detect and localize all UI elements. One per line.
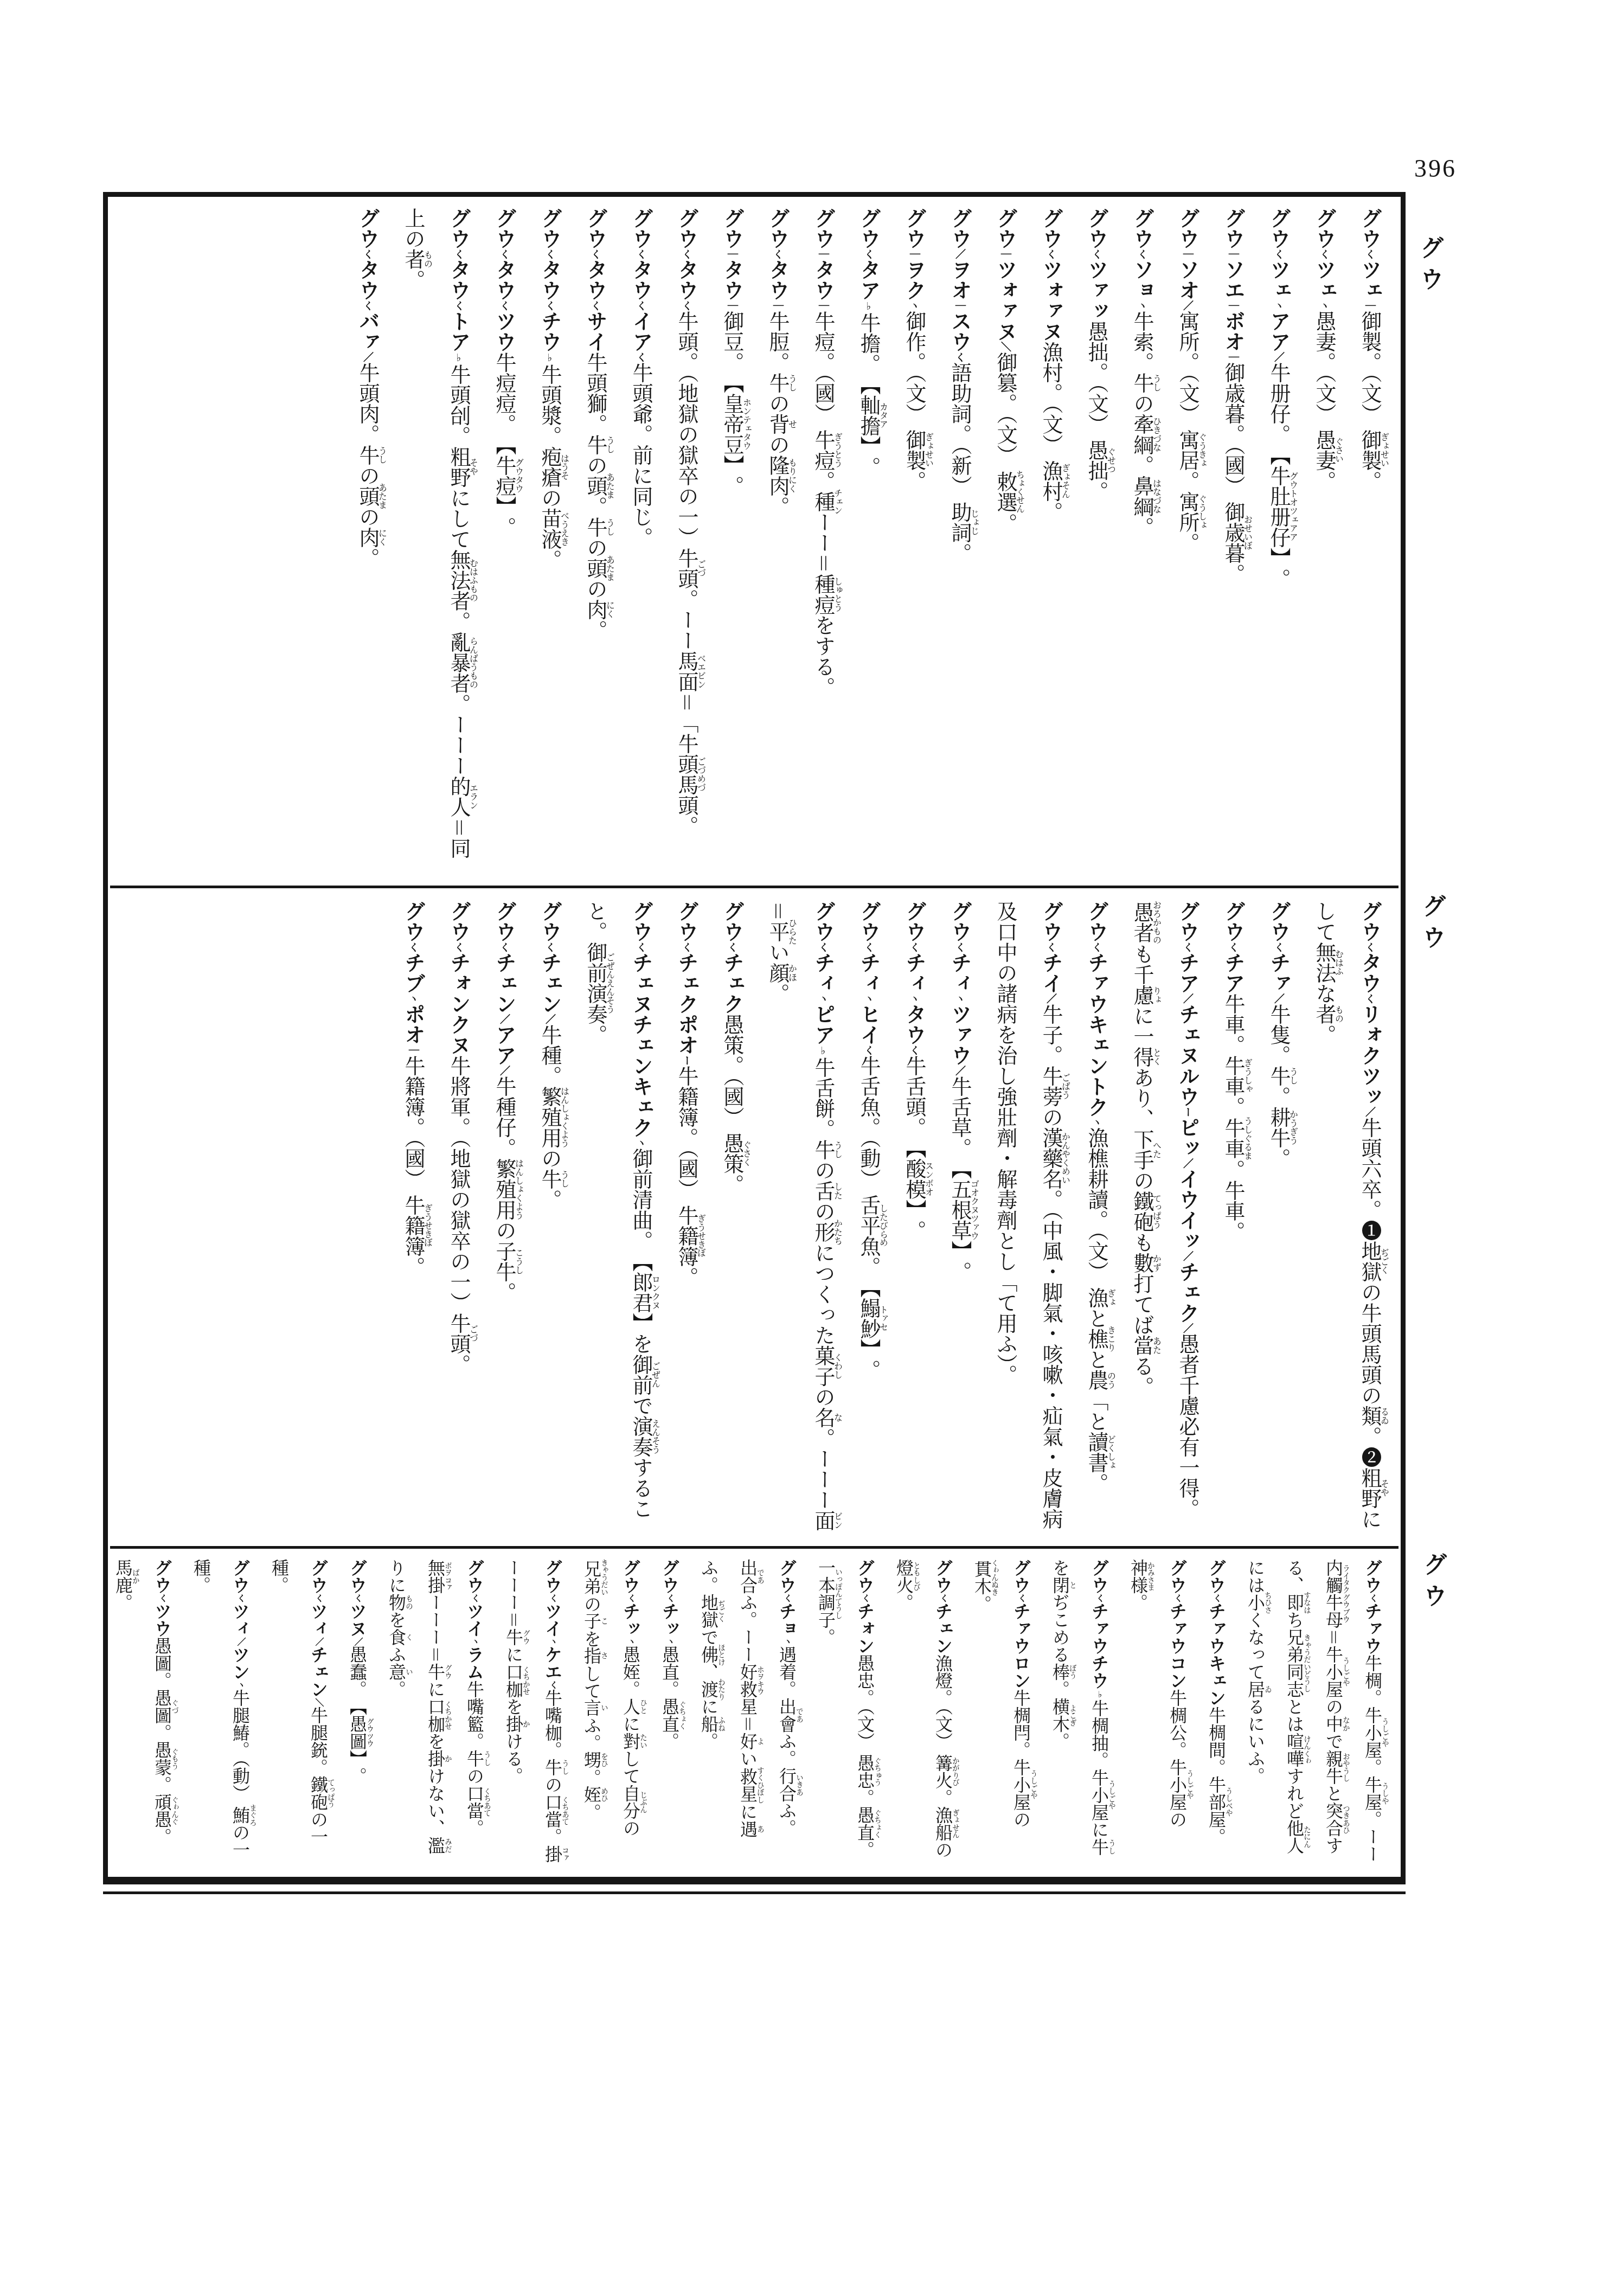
reading-kana: グウ xyxy=(1011,1559,1031,1594)
body-text: 。 xyxy=(857,1256,880,1277)
body-furigana: ぎうとう xyxy=(833,429,842,471)
body-text: 牛擔。 xyxy=(857,312,880,374)
body-text: 。 xyxy=(857,457,880,477)
entry-reading: グウくチィヽヒイく xyxy=(857,901,880,1055)
body-ruby: 神様かみさま xyxy=(1128,1559,1148,1594)
body-text: 。 xyxy=(855,1789,875,1806)
tone-mark: く xyxy=(1364,993,1375,1004)
body-furigana: べうえき xyxy=(560,508,569,549)
body-text: 。 xyxy=(492,1282,515,1303)
dict-entry: グウくチァウチウ♭牛椆抽。牛小屋うしごやに牛うしを閉とぢこめる棒ぼう。横木よこぎ… xyxy=(1041,1559,1119,1864)
reading-kana: チェン xyxy=(492,952,515,1014)
reading-kana: ピア xyxy=(811,1004,834,1045)
tone-mark: ／ xyxy=(544,1014,555,1024)
body-furigana: ひと xyxy=(639,1698,647,1715)
tone-mark: く xyxy=(548,1594,557,1602)
entry-reading: グウくチィヽピア♭ xyxy=(811,901,834,1057)
dict-entry: グウくチォンクヌ牛將軍。（地獄の獄卒の一）牛頭ごづ。 xyxy=(435,901,481,1533)
body-furigana: くゎんぬき xyxy=(991,1559,999,1595)
tone-mark: く xyxy=(548,1681,557,1689)
body-furigana: グウトオツェアア xyxy=(1288,445,1298,568)
body-furigana: ゐ xyxy=(1264,1681,1272,1698)
tone-mark: く xyxy=(908,942,920,952)
body-furigana: たい xyxy=(639,1733,647,1750)
body-text: 。 xyxy=(114,1594,133,1611)
body-text: ーーー＝ xyxy=(426,1594,445,1663)
entry-reading: グウくツェヽ xyxy=(1312,208,1335,311)
body-ruby: 兄弟同志きゃうだいどうし xyxy=(1285,1628,1304,1698)
dict-entry: グウ｜ソエ｜ボオ｜御歳暮。（國） 御歳暮おせいぼ。 xyxy=(1210,208,1255,873)
body-text: 。 xyxy=(538,1189,561,1210)
body-furigana: おやうし xyxy=(1342,1750,1350,1785)
page-number: 396 xyxy=(1389,154,1481,183)
reading-kana: ツイ xyxy=(465,1602,484,1637)
reading-kana: グウ xyxy=(1176,901,1198,942)
body-ruby: 寓居ぐうきょ xyxy=(1176,429,1198,471)
entry-body: 愚蠢。【愚圖】グウツウ。 xyxy=(348,1646,367,1785)
body-ruby: 牛小屋うしごや xyxy=(1167,1759,1187,1811)
tone-mark: ヽ xyxy=(665,1637,675,1646)
reading-kana: グウ xyxy=(855,1559,875,1594)
reading-kana: グウ xyxy=(465,1559,484,1594)
tone-mark: く xyxy=(954,352,965,362)
body-text: に xyxy=(738,1803,758,1820)
entry-reading: グウくタウくチウ♭ xyxy=(538,208,561,364)
body-text: 。 xyxy=(902,1220,925,1241)
dict-entry: グウくチァウコン牛椆公。牛小屋うしごやの神様かみさま。 xyxy=(1119,1559,1197,1864)
body-text: 。❷ xyxy=(1358,1426,1381,1467)
entry-reading: グウくタウく xyxy=(675,208,697,311)
tone-mark: ヽ xyxy=(1273,300,1284,311)
entry-reading: グウくタウくバァ／ xyxy=(356,208,379,362)
tone-mark: ／ xyxy=(1273,352,1284,362)
body-text: 。 xyxy=(447,1354,470,1375)
dict-entry: グウくツィ／ツンヽ牛腿鰆。（動） 鮪まぐろの一種。 xyxy=(182,1559,260,1864)
body-furigana: をひ xyxy=(600,1751,608,1768)
body-text: と xyxy=(1324,1785,1343,1802)
body-text: で xyxy=(629,1395,652,1416)
tone-mark: ／ xyxy=(236,1637,245,1646)
reading-kana: グウ xyxy=(811,901,834,942)
tone-mark: く xyxy=(470,1594,479,1602)
tone-mark: く xyxy=(589,249,601,259)
body-ruby: 【鰨魦】トァセ xyxy=(857,1277,880,1359)
body-ruby: 佛ほとけ xyxy=(699,1646,719,1663)
body-ruby: 愚拙ぐせつ xyxy=(1085,440,1107,481)
dict-entry: グウくツウ愚圖。愚圖ぐづ。愚蒙ぐもう。頑愚ぐゎんぐ。馬鹿ばか。 xyxy=(114,1559,182,1864)
body-text: 愚策。（國） xyxy=(720,1014,743,1133)
body-text: の xyxy=(465,1767,484,1785)
body-text: 牛册仔。 xyxy=(1267,362,1290,445)
body-text: 愚妻。（文） xyxy=(1312,311,1335,429)
body-furigana: むはふもの xyxy=(469,549,478,611)
reading-kana: グウ xyxy=(538,208,561,249)
body-text: を xyxy=(629,1333,652,1354)
entry-body: 牛舌魚。（動） 舌平魚したびらめ。【鰨魦】トァセ。 xyxy=(857,1055,880,1380)
body-ruby: 頭あたま xyxy=(583,558,606,579)
reading-kana: ツウ xyxy=(492,311,515,352)
body-furigana: うしごや xyxy=(1108,1769,1116,1821)
reading-kana: チォン xyxy=(855,1602,875,1654)
dict-entry: グウくチォン愚忠。（文） 愚忠ぐちゅう。愚直ぐちょく。一本調子いっぽんてうし。 xyxy=(806,1559,884,1864)
reading-kana: グウ xyxy=(401,901,424,942)
body-text: 牛椆公。 xyxy=(1167,1689,1187,1759)
body-ruby: 牛うし xyxy=(1089,1838,1109,1856)
reading-kana: イア xyxy=(629,311,652,352)
body-ruby: 出合であ xyxy=(738,1559,758,1594)
body-furigana: らんばうもの xyxy=(469,632,478,694)
body-text: 牛籍簿。（國） xyxy=(401,1055,424,1195)
reading-kana: タウ xyxy=(1358,952,1381,993)
body-furigana: うしごや xyxy=(1186,1759,1194,1811)
reading-kana: グウ xyxy=(902,208,925,249)
tone-mark: く xyxy=(939,1594,948,1602)
tone-mark: く xyxy=(863,942,874,952)
tone-mark: ｜ xyxy=(772,300,783,311)
body-furigana: いきあ xyxy=(796,1767,804,1802)
body-ruby: 牛蒡ごばう xyxy=(1039,1066,1062,1107)
entry-reading: グウくチョヽ xyxy=(777,1559,797,1646)
entry-reading: グウくソョヽ xyxy=(1130,208,1153,311)
body-furigana: うし xyxy=(377,445,387,465)
body-ruby: 粗野そや xyxy=(1358,1467,1381,1509)
tone-mark: ヽ xyxy=(626,1637,636,1646)
dict-entry: グウくタウくトア♭牛頭刣。粗野そやにして無法者むはふもの。亂暴者らんばうもの。ー… xyxy=(390,208,481,873)
body-furigana: おろかもの xyxy=(1152,901,1161,944)
body-furigana: ぐづ xyxy=(171,1689,179,1724)
reading-kana: チァウ xyxy=(1363,1602,1382,1654)
body-furigana: うし xyxy=(483,1750,491,1767)
reading-kana: ツヌ xyxy=(348,1602,367,1637)
entry-reading: グウくチア／チェヌルウーピッ／イウイッ／チェク／ xyxy=(1176,901,1198,1333)
tone-mark: く xyxy=(1173,1594,1182,1602)
reading-kana: ヲク xyxy=(902,259,925,300)
tone-mark: ー xyxy=(681,1055,692,1066)
body-ruby: 兄弟きゃうだい xyxy=(582,1559,601,1595)
body-text: 。 xyxy=(1050,1681,1070,1698)
body-ruby: 自分じぶん xyxy=(621,1785,640,1819)
body-furigana: ぢごく xyxy=(1380,1241,1389,1282)
body-furigana: ぐうしょ xyxy=(1197,491,1207,533)
body-ruby: 小ちひさ xyxy=(1246,1594,1265,1611)
body-text: ふ。 xyxy=(699,1559,719,1594)
body-text: るにいふ。 xyxy=(1246,1698,1265,1785)
tone-mark: ／ xyxy=(362,352,373,362)
reading-kana: チッ xyxy=(660,1602,679,1637)
dict-entry: グウくチッヽ愚直。愚直ぐちょく。 xyxy=(650,1559,689,1864)
tone-mark: ／ xyxy=(498,1014,510,1024)
entry-reading: グウくツイヽラム xyxy=(465,1559,484,1681)
body-ruby: 口枷くちかせ xyxy=(504,1663,523,1698)
body-text: に xyxy=(426,1681,445,1698)
body-furigana: うしや xyxy=(1381,1776,1389,1811)
body-furigana: ぎうせきぼ xyxy=(696,1205,705,1267)
tone-mark: ／ xyxy=(314,1637,323,1646)
body-furigana: ぐうきょ xyxy=(1197,429,1207,471)
body-text: 。 xyxy=(1130,517,1153,537)
tone-mark: ｜ xyxy=(1364,300,1375,311)
body-furigana: コァ xyxy=(561,1845,569,1863)
dict-entry: グウくチェク愚策。（國） 愚策ぐさく。 xyxy=(709,901,754,1533)
tone-mark: く xyxy=(1273,249,1284,259)
dict-entry: グウくツェヽ愚妻。（文） 愚妻ぐさい。 xyxy=(1301,208,1346,873)
reading-kana: キェン xyxy=(1207,1654,1226,1707)
tone-mark: ｜ xyxy=(1227,352,1239,362)
tone-mark: く xyxy=(626,1594,636,1602)
reading-kana: タウ xyxy=(811,259,834,300)
body-furigana: なか xyxy=(1342,1715,1350,1733)
reading-kana: グウ xyxy=(447,901,470,942)
tone-mark: ♭ xyxy=(453,352,464,364)
body-text: 愚者千慮必有一得。 xyxy=(1176,1333,1198,1519)
body-furigana: よ xyxy=(756,1733,765,1750)
entry-body: 牛種。繁殖用はんしょくようの牛うし。 xyxy=(538,1024,561,1210)
body-furigana: うし xyxy=(561,1759,569,1776)
tone-mark: く xyxy=(817,942,829,952)
body-text: 牛腿銃。 xyxy=(309,1707,328,1776)
body-ruby: 馬鹿ばか xyxy=(114,1559,133,1594)
dictionary-band-1: グウくツェ｜御製。（文） 御製ぎょせい。グウくツェヽ愚妻。（文） 愚妻ぐさい。グ… xyxy=(114,208,1392,873)
body-text: 。 xyxy=(1312,471,1335,491)
entry-reading: グウくチェン xyxy=(933,1559,953,1654)
reading-kana: チョ xyxy=(777,1602,797,1637)
body-ruby: 御前演奏ごぜんえんそう xyxy=(583,942,606,1024)
entry-reading: グウくチォンクヌ xyxy=(447,901,470,1055)
body-ruby: 鮪まぐろ xyxy=(230,1806,250,1824)
body-ruby: 繁殖用はんしょくよう xyxy=(538,1086,561,1148)
body-furigana: ひらた xyxy=(787,919,797,945)
dict-entry: グウくチェン／牛種。繁殖用はんしょくようの牛うし。 xyxy=(527,901,572,1533)
entry-reading: グウくツィ／チェン＼ xyxy=(309,1559,328,1707)
body-text: 牛子。 xyxy=(1039,1004,1062,1066)
body-furigana: のう xyxy=(1106,1370,1115,1390)
tone-mark: く xyxy=(782,1594,792,1602)
body-text: 。 xyxy=(583,496,606,517)
reading-kana: チッ xyxy=(621,1602,640,1637)
tone-mark: く xyxy=(681,942,692,952)
entry-body: 御篡。（文） 敕選ちょくせん。 xyxy=(993,352,1016,533)
body-ruby: 【酸模】スンボオ xyxy=(902,1138,925,1220)
body-furigana: うし xyxy=(1108,1838,1116,1856)
body-ruby: 好よ xyxy=(738,1733,758,1750)
body-text: 漁樵耕讀。（文） xyxy=(1085,1127,1107,1287)
tone-mark: ／ xyxy=(1364,1107,1375,1117)
body-furigana: てっぱう xyxy=(1152,1191,1161,1232)
body-text: の xyxy=(582,1595,601,1612)
tone-mark: く xyxy=(635,300,646,311)
tone-mark: く xyxy=(1364,249,1375,259)
body-text: に xyxy=(621,1715,640,1733)
body-text: 。 xyxy=(1221,563,1244,584)
margin-label-section-1: グウ xyxy=(1412,235,1447,298)
body-text: ーー＝ xyxy=(811,512,834,574)
body-text: ふ。 xyxy=(777,1802,797,1837)
body-furigana: ライタクグウブウ xyxy=(1342,1559,1350,1628)
reading-kana: グウ xyxy=(356,208,379,249)
body-ruby: 突合つきあひ xyxy=(1324,1802,1343,1837)
body-text: の xyxy=(621,1819,640,1837)
reading-kana: バァ xyxy=(356,311,379,352)
body-text: ふ。 xyxy=(777,1733,797,1767)
tone-mark: く xyxy=(158,1594,167,1602)
tone-mark: く xyxy=(498,300,510,311)
body-furigana: くちあて xyxy=(483,1785,491,1819)
body-furigana: ひきづな xyxy=(1152,414,1161,455)
body-furigana: はなづな xyxy=(1152,476,1161,517)
dictionary-band-3: グウくチァウ牛椆。牛小屋うしごや。牛屋うしや。ーー内觸牛母ライタクグウブウ＝牛小… xyxy=(114,1559,1392,1864)
tone-mark: く xyxy=(1364,942,1375,952)
tone-mark: く xyxy=(544,300,555,311)
reading-kana: チィ xyxy=(948,952,971,993)
body-text: 御前清曲。 xyxy=(629,1148,652,1251)
reading-kana: ツェ xyxy=(1312,259,1335,300)
entry-reading: グウくチッヽ xyxy=(621,1559,640,1646)
tone-mark: ｜ xyxy=(726,249,737,259)
body-ruby: 無掛ボヲコァ xyxy=(426,1559,445,1594)
reading-kana: ツォァヌ xyxy=(1039,259,1062,342)
body-ruby: 遇あ xyxy=(738,1820,758,1838)
reading-kana: グウ xyxy=(1039,901,1062,942)
body-ruby: 者もの xyxy=(1312,1004,1335,1024)
reading-kana: タウ xyxy=(538,259,561,300)
body-text: 愚拙。（文） xyxy=(1085,321,1107,440)
reading-kana: ソョ xyxy=(1130,259,1153,300)
reading-kana: チェヌ xyxy=(629,952,652,1014)
dict-entry: グウ｜ツォァヌ＼御篡。（文） 敕選ちょくせん。 xyxy=(982,208,1028,873)
body-text: 愚蠢。 xyxy=(348,1646,367,1698)
body-text: 。 xyxy=(857,1359,880,1380)
reading-kana: ツィ xyxy=(309,1602,328,1637)
entry-reading: グウくチェク xyxy=(720,901,743,1014)
body-ruby: 形かたち xyxy=(811,1222,834,1242)
dict-entry: グウ｜タウ｜牛痘。（國） 牛痘ぎうとう。種チェンーー＝種痘しゅとうをする。 xyxy=(800,208,845,873)
body-furigana: かんやくめい xyxy=(1061,1127,1070,1189)
reading-kana: チェク xyxy=(720,952,743,1014)
entry-body: 牛頭爺。前に同じ。 xyxy=(629,362,652,548)
body-ruby: 牛うし xyxy=(811,1139,834,1160)
entry-reading: グウくツヌ／ xyxy=(348,1559,367,1646)
entry-body: 御作。（文） 御製ぎょせい。 xyxy=(902,311,925,491)
tone-mark: く xyxy=(353,1594,362,1602)
reading-kana: ツウ xyxy=(152,1602,172,1637)
dict-entry: グウくチィヽピア♭牛舌餅。牛うしの舌したの形かたちにつくった菓子くわしの名な。ー… xyxy=(754,901,845,1533)
body-furigana: ぎうしゃ xyxy=(1243,1055,1252,1096)
body-ruby: 牛うし xyxy=(583,434,606,455)
reading-kana: タア xyxy=(857,259,880,300)
entry-reading: グウ｜ソエ｜ボオ｜ xyxy=(1221,208,1244,362)
body-furigana: くちかせ xyxy=(522,1663,530,1698)
body-text: 。 xyxy=(720,1174,743,1195)
body-furigana: うし xyxy=(1288,1066,1298,1086)
reading-kana: チァ xyxy=(1267,952,1290,993)
body-furigana: ボヲコァ xyxy=(444,1559,452,1594)
body-text: 。 xyxy=(152,1724,172,1741)
dict-entry: グウくタウくサイ牛頭獅。牛うしの頭あたま。牛うしの頭あたまの肉にく。 xyxy=(572,208,618,873)
body-furigana: チェン xyxy=(833,489,842,515)
body-text: 御篡。（文） xyxy=(993,352,1016,471)
entry-body: 愚妻。（文） 愚妻ぐさい。 xyxy=(1312,311,1335,491)
body-ruby: 他人たにん xyxy=(1285,1819,1304,1854)
reading-kana: グウ xyxy=(492,208,515,249)
tone-mark: く xyxy=(544,249,555,259)
reading-kana: グウ xyxy=(309,1559,328,1594)
body-ruby: 親牛おやうし xyxy=(1324,1750,1343,1785)
reading-kana: チァウ xyxy=(1089,1602,1109,1654)
reading-kana: チェク xyxy=(1176,1261,1198,1323)
body-text: 愚忠。（文） xyxy=(855,1654,875,1754)
reading-kana: グウ xyxy=(857,901,880,942)
body-text: の xyxy=(1130,1170,1153,1191)
tone-mark: く xyxy=(1090,249,1102,259)
reading-kana: アア xyxy=(492,1024,515,1066)
tone-mark: く xyxy=(314,1594,323,1602)
body-text: の xyxy=(1011,1811,1031,1828)
body-text: けない、 xyxy=(426,1767,445,1837)
body-furigana: もりにく xyxy=(787,455,797,496)
body-furigana: ふね xyxy=(717,1715,726,1733)
body-furigana: かず xyxy=(1152,1253,1161,1273)
reading-kana: チア xyxy=(1221,952,1244,993)
body-text: 。 xyxy=(766,496,788,517)
body-text: 。 xyxy=(699,1733,719,1750)
entry-reading: グウくタウくトア♭ xyxy=(447,208,470,364)
body-furigana: ビン xyxy=(833,1510,842,1531)
body-furigana: した xyxy=(833,1181,842,1201)
body-ruby: 口枷くちかせ xyxy=(426,1698,445,1733)
body-text: 。 xyxy=(720,476,743,496)
body-furigana: い xyxy=(600,1699,608,1716)
tone-mark: ／ xyxy=(1182,300,1193,311)
reading-kana: グウ xyxy=(660,1559,679,1594)
tone-mark: く xyxy=(498,249,510,259)
body-furigana: とく xyxy=(1152,1047,1161,1067)
body-text: 牛籍簿。（國） xyxy=(675,1066,697,1205)
body-ruby: 口當くちあて xyxy=(543,1793,562,1828)
body-text: 。 xyxy=(1176,471,1198,491)
reading-kana: ボオ xyxy=(1221,311,1244,352)
tone-mark: ／ xyxy=(1045,993,1056,1004)
reading-kana: ルウ xyxy=(1176,1066,1198,1107)
body-text: 牛索。 xyxy=(1130,311,1153,373)
dict-entry: グウくチア牛車。牛車ぎうしゃ。牛車うしぐるま。牛車。 xyxy=(1210,901,1255,1533)
tone-mark: く xyxy=(772,249,783,259)
body-ruby: 漁村ぎょそん xyxy=(1039,460,1062,502)
tone-mark: ヽ xyxy=(782,1637,792,1646)
tone-mark: ＼ xyxy=(999,342,1011,352)
body-ruby: 牛うし xyxy=(356,445,379,465)
entry-body: 牛椆。牛小屋うしごや。牛屋うしや。ーー内觸牛母ライタクグウブウ＝牛小屋うしごやの… xyxy=(1246,1559,1382,1863)
body-text: の xyxy=(492,1220,515,1241)
reading-kana: グウ xyxy=(1267,901,1290,942)
body-ruby: 舌した xyxy=(811,1181,834,1201)
reading-kana: グウ xyxy=(1089,1559,1109,1594)
body-ruby: 鐵砲てっぱう xyxy=(309,1776,328,1811)
entry-reading: グウくタア♭ xyxy=(857,208,880,312)
dict-entry: グウくチェン漁燈。（文） 篝火かがりび。漁船ぎょせんの燈火ともしび。 xyxy=(884,1559,963,1864)
tone-mark: く xyxy=(635,249,646,259)
body-furigana: すなは xyxy=(1303,1592,1311,1613)
body-ruby: 牛頭ごづ xyxy=(447,1313,470,1354)
body-text: に一 xyxy=(1130,1005,1153,1047)
tone-mark: ＼ xyxy=(314,1698,323,1707)
tone-mark: ヽ xyxy=(954,993,965,1004)
reading-kana: チェヌ xyxy=(1176,1004,1198,1066)
tone-mark: く xyxy=(1090,942,1102,952)
dict-entry: グウくチァ／牛隻。牛うし。耕牛かうぎう。 xyxy=(1255,901,1301,1533)
body-ruby: 牽綱ひきづな xyxy=(1130,414,1153,455)
reading-kana: グウ xyxy=(811,208,834,249)
body-text: 語助詞。（新） xyxy=(948,362,971,502)
